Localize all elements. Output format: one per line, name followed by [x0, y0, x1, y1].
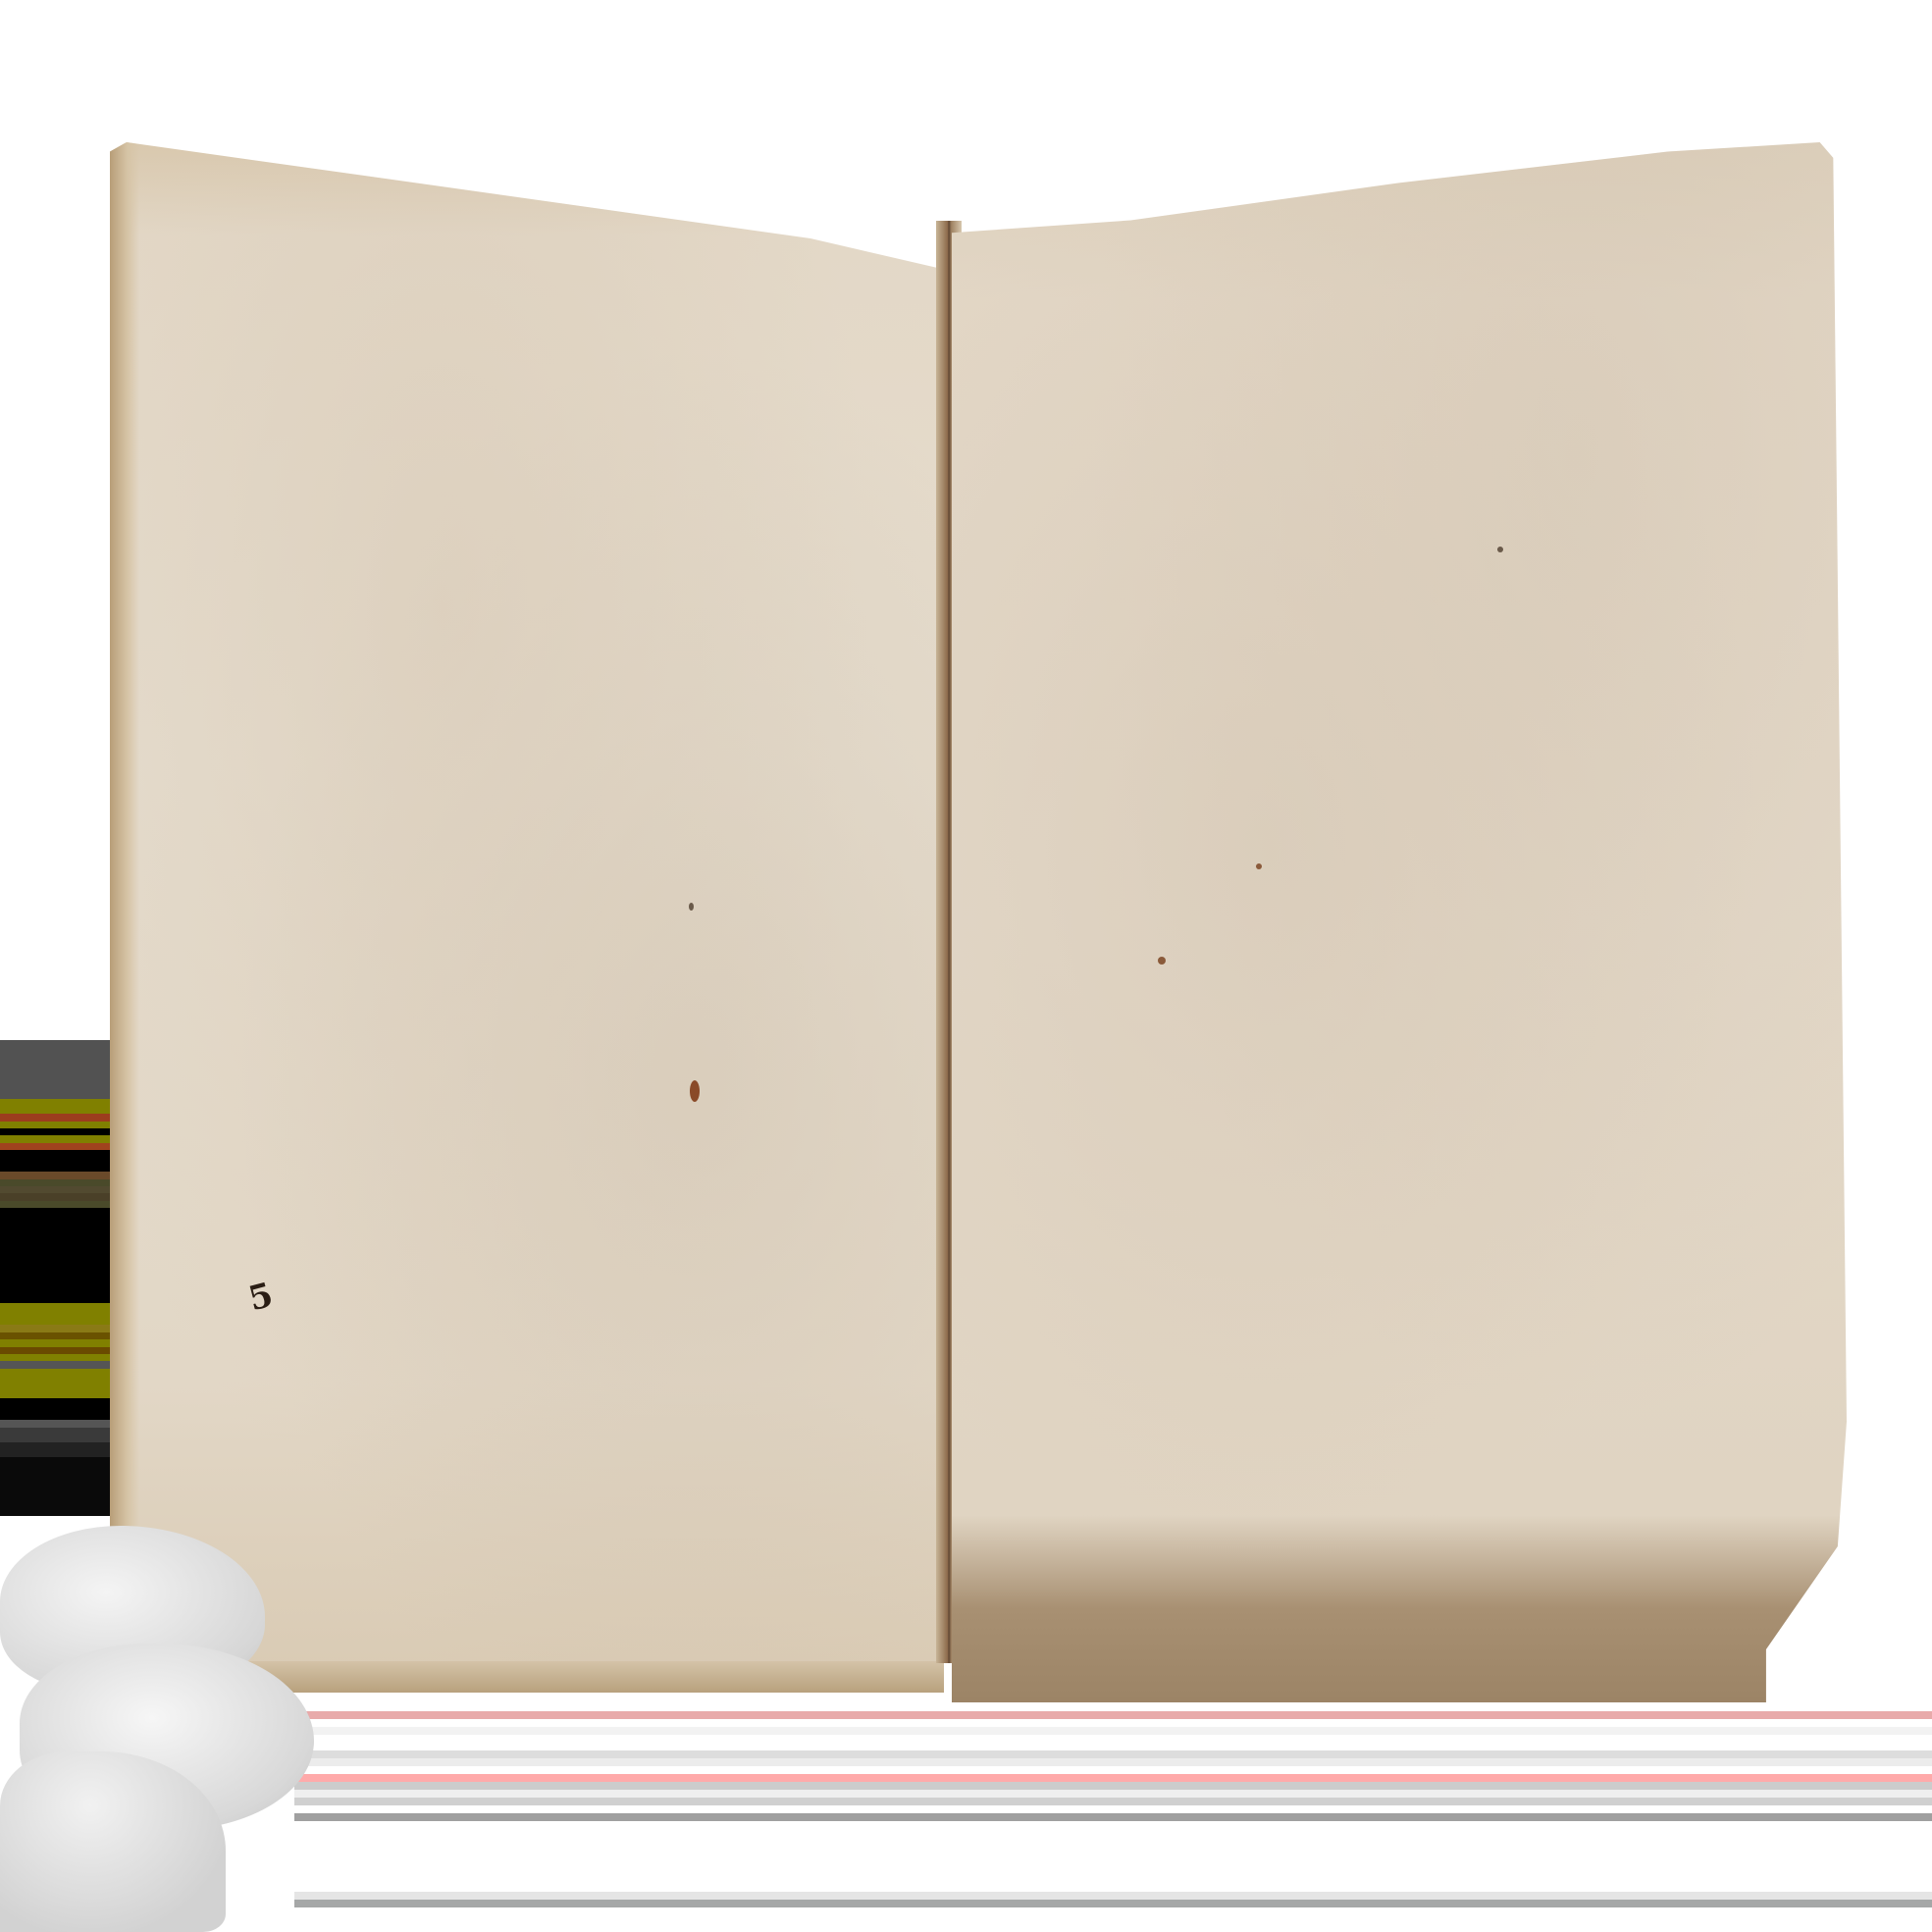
open-book: 5 [110, 142, 1847, 1702]
left-edge-artifact-stripes [0, 981, 110, 1531]
right-page [952, 142, 1847, 1702]
foxing-spot [1158, 957, 1166, 965]
foxing-spot [549, 150, 559, 166]
foxing-spot [1497, 547, 1503, 552]
white-glove-hand [0, 1526, 324, 1932]
left-page: 5 [110, 142, 944, 1693]
foxing-spot [689, 903, 694, 911]
bottom-artifact-stripes [294, 1711, 1932, 1907]
handwritten-mark: 5 [244, 1276, 277, 1320]
foxing-spot [690, 1080, 700, 1102]
photo-scene: 5 [0, 0, 1932, 1932]
foxing-spot [1256, 863, 1262, 869]
foxing-spot [1191, 183, 1209, 207]
